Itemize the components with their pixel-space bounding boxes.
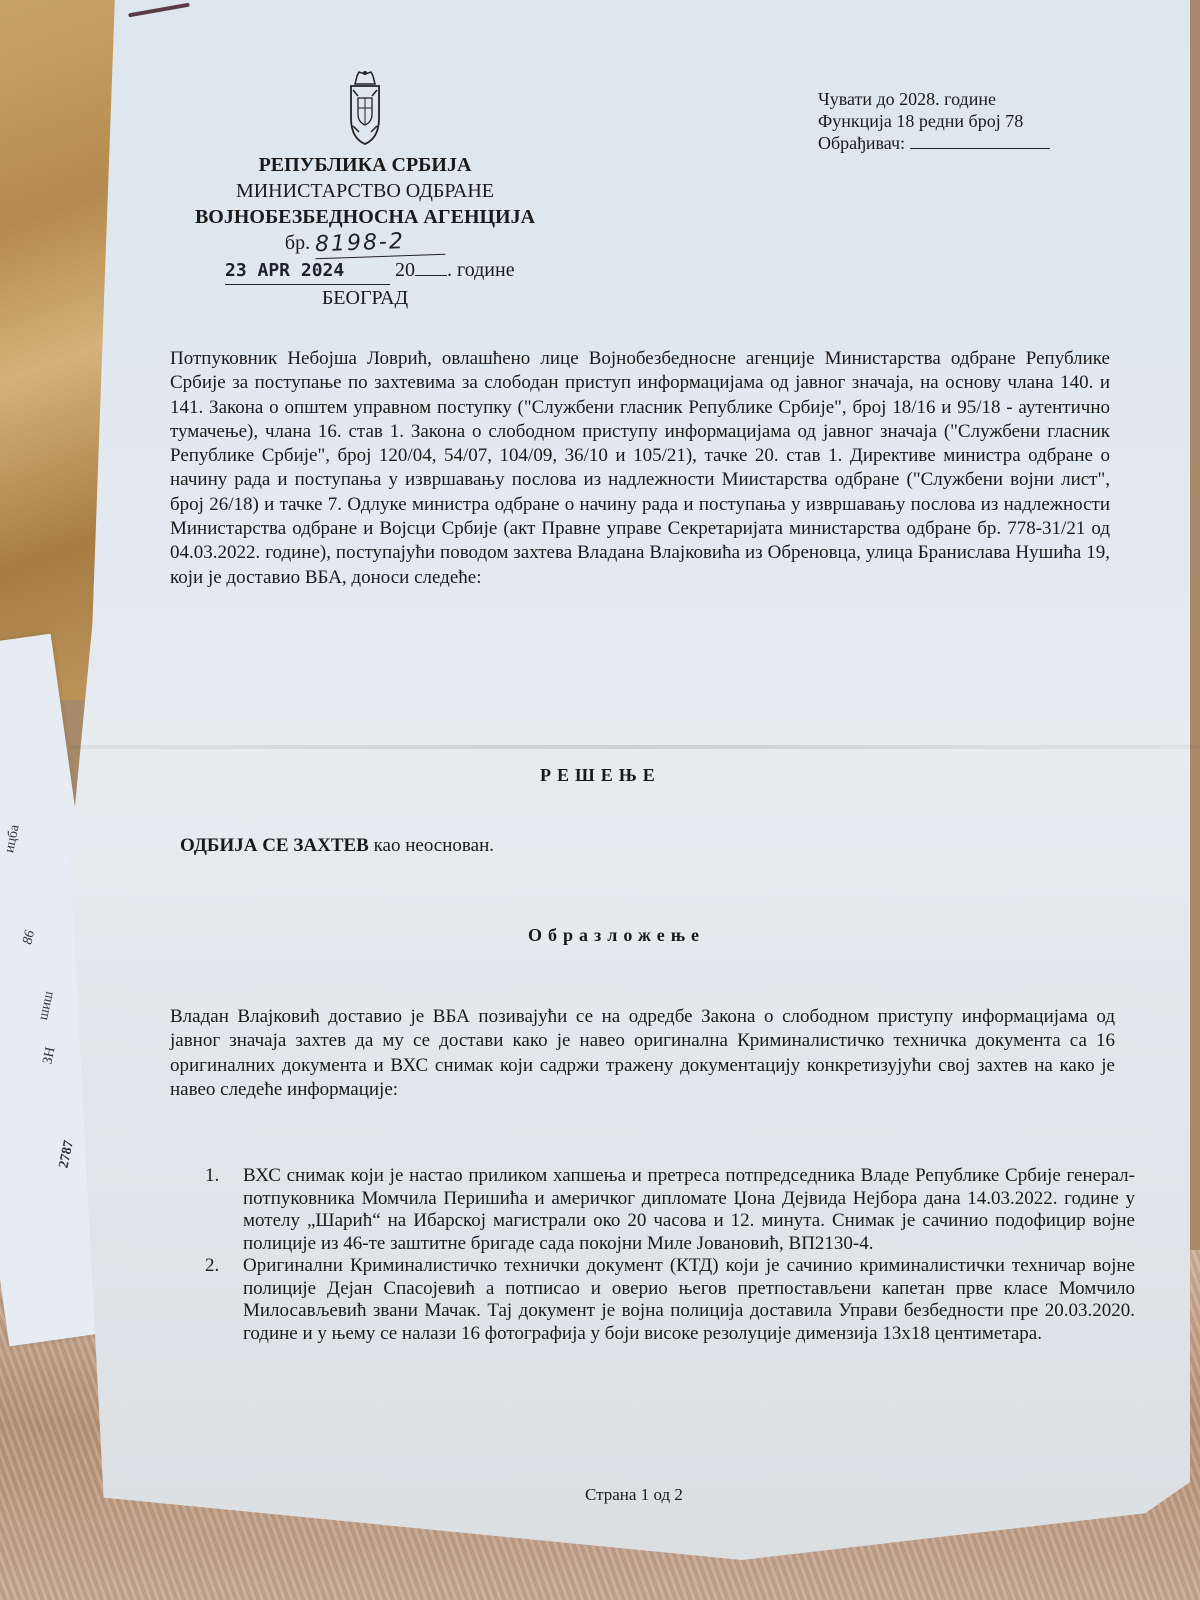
decision-statement: ОДБИЈА СЕ ЗАХТЕВ као неоснован. <box>180 835 494 857</box>
processor-label: Обрађивач: <box>818 133 905 153</box>
processor-blank <box>910 148 1050 149</box>
city-name: БЕОГРАД <box>165 285 565 311</box>
page-number: Страна 1 од 2 <box>585 1485 683 1505</box>
date-stamp: 23 APR 2024 <box>225 258 390 285</box>
list-item-number: 2. <box>205 1255 243 1345</box>
number-label: бр. <box>285 232 310 254</box>
decision-verdict-rest: као неоснован. <box>369 835 494 856</box>
underlying-text-fragment: шиш <box>36 990 58 1022</box>
list-item-text: ВХС снимак који је настао приликом хапше… <box>243 1165 1135 1255</box>
decision-verdict: ОДБИЈА СЕ ЗАХТЕВ <box>180 835 369 856</box>
intro-paragraph: Потпуковник Небојша Ловрић, овлашћено ли… <box>170 347 1110 590</box>
decision-heading: РЕШЕЊЕ <box>540 765 661 786</box>
underlying-text-fragment: 2787 <box>57 1139 78 1170</box>
document-number-line: бр. 8198-2 <box>165 230 565 257</box>
processor-line: Обрађивач: <box>818 132 1050 154</box>
ministry-name: МИНИСТАРСТВО ОДБРАНЕ <box>165 178 565 204</box>
paper-fold-line <box>70 745 1200 749</box>
document-number: 8198-2 <box>315 228 446 260</box>
list-item-text: Оригинални Криминалистичко технички доку… <box>243 1255 1135 1345</box>
reasoning-paragraph: Владан Влајковић доставио је ВБА позивај… <box>170 1005 1115 1102</box>
list-item: 2. Оригинални Криминалистичко технички д… <box>205 1255 1135 1345</box>
document-header: РЕПУБЛИКА СРБИЈА МИНИСТАРСТВО ОДБРАНЕ ВО… <box>165 70 565 311</box>
underlying-text-fragment: 86 <box>20 929 39 946</box>
serbian-coat-of-arms-icon <box>345 70 385 148</box>
requested-items-list: 1. ВХС снимак који је настао приликом ха… <box>205 1165 1135 1345</box>
agency-name: ВОЈНОБЕЗБЕДНОСНА АГЕНЦИЈА <box>165 204 565 230</box>
country-name: РЕПУБЛИКА СРБИЈА <box>165 152 565 178</box>
function-number: Функција 18 редни број 78 <box>818 110 1050 132</box>
date-line: 23 APR 2024 20. године <box>225 257 565 285</box>
underlying-text-fragment: ЗН <box>40 1046 59 1066</box>
keep-until: Чувати до 2028. године <box>818 88 1050 110</box>
year-prefix: 20 <box>395 259 415 281</box>
list-item-number: 1. <box>205 1165 243 1255</box>
year-suffix: . године <box>447 259 515 281</box>
list-item: 1. ВХС снимак који је настао приликом ха… <box>205 1165 1135 1255</box>
reasoning-heading: Образложење <box>528 925 705 946</box>
retention-metadata: Чувати до 2028. године Функција 18 редни… <box>818 88 1050 154</box>
underlying-text-fragment: ицба <box>2 823 24 854</box>
year-blank <box>415 275 447 276</box>
